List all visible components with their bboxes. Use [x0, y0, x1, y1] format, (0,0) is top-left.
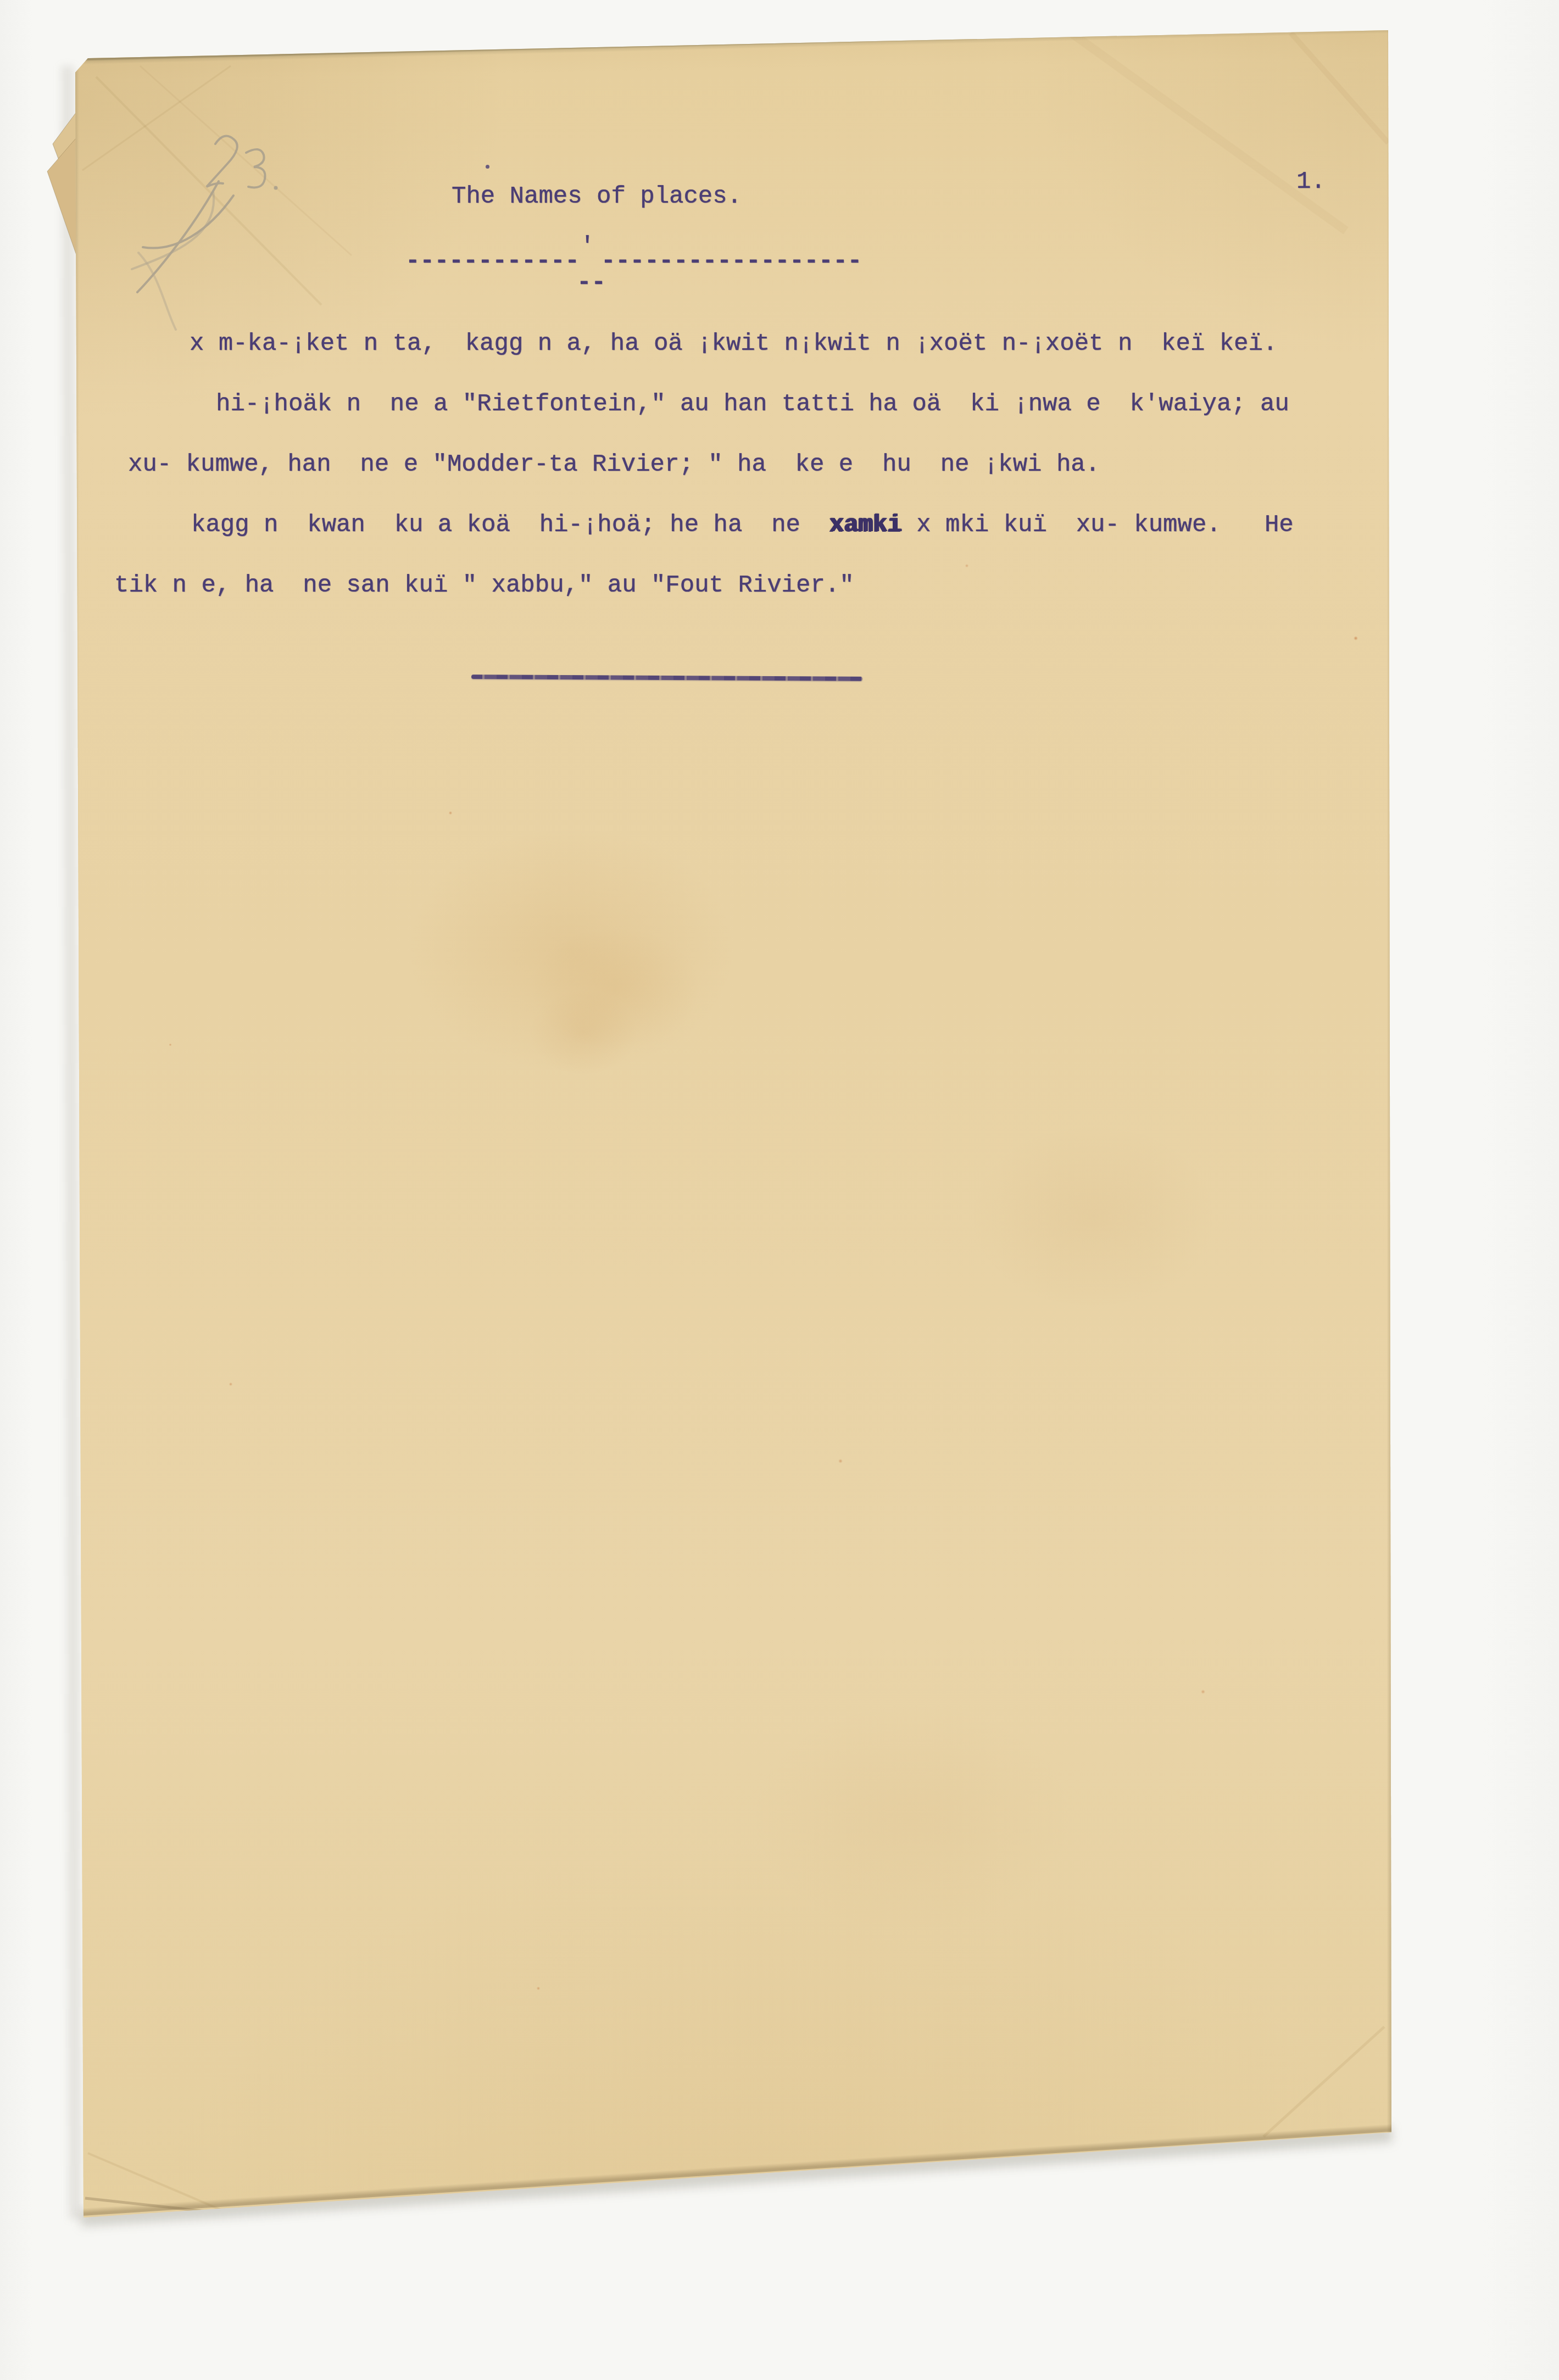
text-line-3: xu- kumwe, han ne e "Modder-ta Rivier; "… [128, 449, 1100, 480]
pencil-period [274, 186, 278, 190]
pencil-digit-2 [207, 136, 237, 187]
paper-sheet: The Names of places. 1. ------------ ' -… [0, 0, 1559, 2380]
text-line-4-struck-word: xamki [829, 511, 902, 539]
ornament-dashes-right: ------------------ [601, 246, 862, 277]
pencil-digit-3 [246, 149, 265, 188]
ornament-dashes-under: -- [577, 267, 606, 298]
scan-background: The Names of places. 1. ------------ ' -… [0, 0, 1559, 2380]
pencil-flourish-1 [137, 181, 219, 292]
text-line-4-post: x mki kuï xu- kumwe. He [902, 511, 1294, 539]
pencil-flourish-2 [143, 196, 233, 248]
ink-speck-over-title [486, 165, 489, 169]
page-number: 1. [1296, 166, 1326, 197]
text-line-4-pre: kagg n kwan ku a koä hi-¡hoä; he ha ne [191, 511, 829, 539]
text-line-5: tik n e, ha ne san kuï " xabbu," au "Fou… [114, 570, 854, 601]
text-line-1: x m-ka-¡ket n ta, kagg n a, ha oä ¡kwit … [190, 328, 1277, 359]
text-line-4: kagg n kwan ku a koä hi-¡hoä; he ha ne x… [191, 510, 1294, 540]
page-title: The Names of places. [452, 181, 742, 212]
ornament-apostrophe: ' [580, 231, 594, 262]
ornament-dashes-left: ------------ [405, 246, 580, 277]
text-line-2: hi-¡hoäk n ne a "Rietfontein," au han ta… [216, 389, 1289, 420]
pencil-flourish-3 [132, 191, 214, 269]
